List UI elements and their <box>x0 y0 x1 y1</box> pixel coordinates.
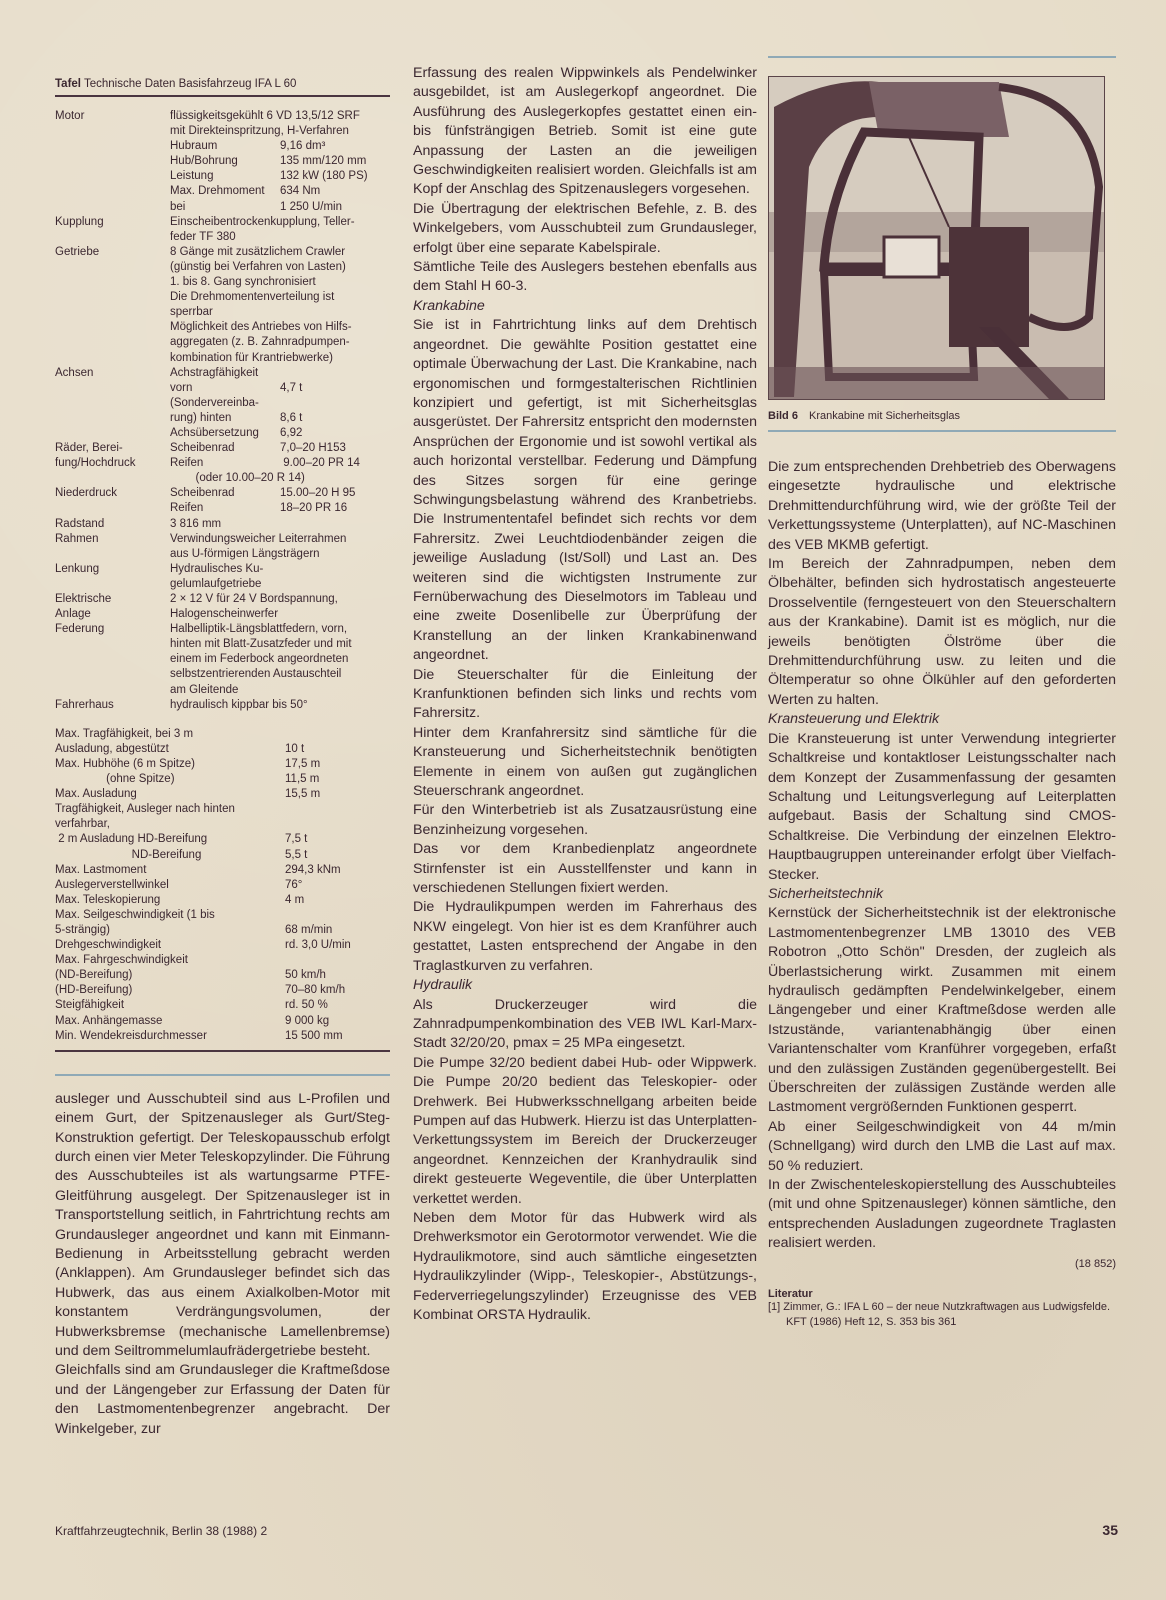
spec-sub-key: Scheibenrad <box>170 486 280 501</box>
spec-line: kombination für Krantriebwerke) <box>170 351 390 366</box>
performance-label: (ohne Spitze) <box>55 772 285 787</box>
performance-value: 70–80 km/h <box>285 983 390 998</box>
performance-value: 294,3 kNm <box>285 863 390 878</box>
spec-value: Halbelliptik-Längsblattfedern, vorn,hint… <box>170 622 390 697</box>
spec-sub-value: 1 250 U/min <box>280 200 390 215</box>
middle-column: Erfassung des realen Wippwinkels als Pen… <box>413 64 757 1325</box>
performance-row: Max. Tragfähigkeit, bei 3 m <box>55 727 390 742</box>
performance-row: Max. Teleskopierung4 m <box>55 893 390 908</box>
spec-label: Niederdruck <box>55 486 170 516</box>
figure-photo-crane-cabin <box>768 76 1105 400</box>
spec-value: Scheibenrad7,0–20 H153Reifen 9.00–20 PR … <box>170 441 390 486</box>
spec-line: Hydraulisches Ku- <box>170 562 390 577</box>
spec-subrow: Achsübersetzung6,92 <box>170 426 390 441</box>
paragraph: Für den Winterbetrieb ist als Zusatzausr… <box>413 801 757 840</box>
figure-label: Bild 6 <box>768 410 798 422</box>
paragraph: Die zum entsprechenden Drehbetrieb des O… <box>768 458 1116 555</box>
performance-label: verfahrbar, <box>55 817 285 832</box>
performance-row: verfahrbar, <box>55 817 390 832</box>
divider <box>768 56 1116 58</box>
spec-subrow: bei1 250 U/min <box>170 200 390 215</box>
performance-label: 2 m Ausladung HD-Bereifung <box>55 832 285 847</box>
literature-item: [1] Zimmer, G.: IFA L 60 – der neue Nutz… <box>768 1300 1116 1330</box>
spec-sub-key: Achsübersetzung <box>170 426 280 441</box>
performance-value: 15 500 mm <box>285 1029 390 1044</box>
spec-sub-key: Leistung <box>170 169 280 184</box>
paragraph: Sie ist in Fahrtrichtung links auf dem D… <box>413 316 757 665</box>
performance-value: 10 t <box>285 742 390 757</box>
spec-sub-key: rung) hinten <box>170 411 280 426</box>
article-text-col3: Die zum entsprechenden Drehbetrieb des O… <box>768 458 1116 1254</box>
spec-label: Motor <box>55 109 170 215</box>
performance-row: Steigfähigkeitrd. 50 % <box>55 998 390 1013</box>
performance-value <box>285 727 390 742</box>
spec-subrow: Reifen 9.00–20 PR 14 <box>170 456 390 471</box>
paragraph: In der Zwischenteleskopierstellung des A… <box>768 1176 1116 1254</box>
performance-row: Tragfähigkeit, Ausleger nach hinten <box>55 802 390 817</box>
performance-label: Max. Seilgeschwindigkeit (1 bis <box>55 908 285 923</box>
performance-label: Max. Lastmoment <box>55 863 285 878</box>
article-text-col1: ausleger und Ausschubteil sind aus L-Pro… <box>55 1090 390 1439</box>
spec-line: (Sondervereinba- <box>170 396 390 411</box>
section-heading-hydraulik: Hydraulik <box>413 976 757 995</box>
paragraph: Als Druckerzeuger wird die Zahnradpumpen… <box>413 996 757 1054</box>
paragraph: Die Übertragung der elektrischen Befehle… <box>413 200 757 258</box>
spec-sub-key: vorn <box>170 381 280 396</box>
literature-heading: Literatur <box>768 1288 1116 1300</box>
performance-label: Max. Hubhöhe (6 m Spitze) <box>55 757 285 772</box>
paragraph: Die Hydraulikpumpen werden im Fahrerhaus… <box>413 898 757 976</box>
spec-line: mit Direkteinspritzung, H-Verfahren <box>170 124 390 139</box>
spec-line: 2 × 12 V für 24 V Bordspannung, <box>170 592 390 607</box>
spec-line: (günstig bei Verfahren von Lasten) <box>170 260 390 275</box>
performance-label: Max. Tragfähigkeit, bei 3 m <box>55 727 285 742</box>
spec-label: Achsen <box>55 366 170 441</box>
performance-label: Steigfähigkeit <box>55 998 285 1013</box>
spec-line: 1. bis 8. Gang synchronisiert <box>170 275 390 290</box>
spec-sub-key: Max. Drehmoment <box>170 184 280 199</box>
performance-value: 76° <box>285 878 390 893</box>
spec-value: flüssigkeitsgekühlt 6 VD 13,5/12 SRFmit … <box>170 109 390 215</box>
performance-row: ND-Bereifung5,5 t <box>55 848 390 863</box>
spec-line: hydraulisch kippbar bis 50° <box>170 698 390 713</box>
performance-row: Ausladung, abgestützt10 t <box>55 742 390 757</box>
performance-value <box>285 908 390 923</box>
paragraph: Kernstück der Sicherheitstechnik ist der… <box>768 904 1116 1117</box>
spec-line: flüssigkeitsgekühlt 6 VD 13,5/12 SRF <box>170 109 390 124</box>
figure-caption-text: Krankabine mit Sicherheitsglas <box>809 410 960 422</box>
spec-label: Räder, Berei- fung/Hochdruck <box>55 441 170 486</box>
spec-label: Rahmen <box>55 532 170 562</box>
spec-line: gelumlaufgetriebe <box>170 577 390 592</box>
spec-value: Einscheibentrockenkupplung, Teller-feder… <box>170 215 390 245</box>
performance-label: (HD-Bereifung) <box>55 983 285 998</box>
spec-label: Federung <box>55 622 170 697</box>
performance-row: Auslegerverstellwinkel76° <box>55 878 390 893</box>
paragraph: Ab einer Seilgeschwindigkeit von 44 m/mi… <box>768 1118 1116 1176</box>
spec-line: sperrbar <box>170 305 390 320</box>
spec-line: Achstragfähigkeit <box>170 366 390 381</box>
spec-label: Kupplung <box>55 215 170 245</box>
paragraph: Im Bereich der Zahnradpumpen, neben dem … <box>768 555 1116 710</box>
performance-row: Max. Lastmoment294,3 kNm <box>55 863 390 878</box>
spec-subrow: Leistung132 kW (180 PS) <box>170 169 390 184</box>
performance-row: Max. Fahrgeschwindigkeit <box>55 953 390 968</box>
table-title: Tafel Technische Daten Basisfahrzeug IFA… <box>55 78 390 97</box>
spec-sub-value: 9,16 dm³ <box>280 139 390 154</box>
spec-line: aus U-förmigen Längsträgern <box>170 547 390 562</box>
performance-label: Max. Anhängemasse <box>55 1014 285 1029</box>
performance-value: 4 m <box>285 893 390 908</box>
spec-value: Hydraulisches Ku-gelumlaufgetriebe <box>170 562 390 592</box>
spec-value: 2 × 12 V für 24 V Bordspannung,Halogensc… <box>170 592 390 622</box>
spec-subrow: Max. Drehmoment634 Nm <box>170 184 390 199</box>
performance-label: Ausladung, abgestützt <box>55 742 285 757</box>
spec-line: feder TF 380 <box>170 230 390 245</box>
spec-line: Möglichkeit des Antriebes von Hilfs- <box>170 320 390 335</box>
performance-value: rd. 3,0 U/min <box>285 938 390 953</box>
performance-value: 68 m/min <box>285 923 390 938</box>
spec-value: 8 Gänge mit zusätzlichem Crawler(günstig… <box>170 245 390 366</box>
right-column: Bild 6 Krankabine mit Sicherheitsglas Di… <box>768 56 1116 1330</box>
spec-line: Halogenscheinwerfer <box>170 607 390 622</box>
performance-value: 11,5 m <box>285 772 390 787</box>
section-heading-elektrik: Kransteuerung und Elektrik <box>768 710 1116 729</box>
performance-row: (ND-Bereifung)50 km/h <box>55 968 390 983</box>
spec-subrow: Scheibenrad15.00–20 H 95 <box>170 486 390 501</box>
performance-label: Max. Ausladung <box>55 787 285 802</box>
spec-line: Die Drehmomentenverteilung ist <box>170 290 390 305</box>
performance-row: 5-strängig)68 m/min <box>55 923 390 938</box>
performance-row: Max. Hubhöhe (6 m Spitze)17,5 m <box>55 757 390 772</box>
spec-value: Achstragfähigkeitvorn4,7 t(Sondervereinb… <box>170 366 390 441</box>
performance-row: (HD-Bereifung)70–80 km/h <box>55 983 390 998</box>
spec-sub-key: Scheibenrad <box>170 441 280 456</box>
spec-sub-key: Hubraum <box>170 139 280 154</box>
spec-sub-key: Reifen <box>170 456 280 471</box>
paragraph: Die Pumpe 32/20 bedient dabei Hub- oder … <box>413 1054 757 1209</box>
performance-label: Drehgeschwindigkeit <box>55 938 285 953</box>
performance-row: (ohne Spitze)11,5 m <box>55 772 390 787</box>
spec-subrow: Hub/Bohrung135 mm/120 mm <box>170 154 390 169</box>
performance-row: Max. Anhängemasse9 000 kg <box>55 1014 390 1029</box>
spec-sub-value: 4,7 t <box>280 381 390 396</box>
spec-value: 3 816 mm <box>170 517 390 532</box>
spec-sub-value: 9.00–20 PR 14 <box>280 456 390 471</box>
spec-sub-value: 132 kW (180 PS) <box>280 169 390 184</box>
spec-sub-value: 8,6 t <box>280 411 390 426</box>
spec-subrow: rung) hinten8,6 t <box>170 411 390 426</box>
spec-line: Verwindungsweicher Leiterrahmen <box>170 532 390 547</box>
spec-line: aggregaten (z. B. Zahnradpumpen- <box>170 335 390 350</box>
spec-label: Elektrische Anlage <box>55 592 170 622</box>
performance-value: 5,5 t <box>285 848 390 863</box>
performance-row: Max. Seilgeschwindigkeit (1 bis <box>55 908 390 923</box>
journal-footer: Kraftfahrzeugtechnik, Berlin 38 (1988) 2 <box>55 1524 267 1538</box>
spec-line: einem im Federbock angeordneten <box>170 652 390 667</box>
paragraph: Das vor dem Kranbedienplatz angeordnete … <box>413 840 757 898</box>
performance-label: Min. Wendekreisdurchmesser <box>55 1029 285 1044</box>
spec-sub-value: 6,92 <box>280 426 390 441</box>
spec-line: selbstzentrierenden Austauschteil <box>170 667 390 682</box>
cabin-photo-illustration <box>769 77 1104 399</box>
spec-sub-value: 18–20 PR 16 <box>280 501 390 516</box>
performance-label: Auslegerverstellwinkel <box>55 878 285 893</box>
performance-row: Drehgeschwindigkeitrd. 3,0 U/min <box>55 938 390 953</box>
spec-subrow: Hubraum9,16 dm³ <box>170 139 390 154</box>
spec-line: 8 Gänge mit zusätzlichem Crawler <box>170 245 390 260</box>
performance-row: Min. Wendekreisdurchmesser15 500 mm <box>55 1029 390 1044</box>
paragraph: Sämtliche Teile des Auslegers bestehen e… <box>413 258 757 297</box>
performance-value: rd. 50 % <box>285 998 390 1013</box>
spec-label: Lenkung <box>55 562 170 592</box>
performance-label: Max. Teleskopierung <box>55 893 285 908</box>
spec-value: Verwindungsweicher Leiterrahmenaus U-för… <box>170 532 390 562</box>
paragraph: Erfassung des realen Wippwinkels als Pen… <box>413 64 757 200</box>
spec-table: Motorflüssigkeitsgekühlt 6 VD 13,5/12 SR… <box>55 109 390 713</box>
spec-sub-value: 7,0–20 H153 <box>280 441 390 456</box>
performance-label: Tragfähigkeit, Ausleger nach hinten <box>55 802 285 817</box>
performance-table: Max. Tragfähigkeit, bei 3 mAusladung, ab… <box>55 727 390 1044</box>
spec-line: am Gleitende <box>170 683 390 698</box>
spec-value: hydraulisch kippbar bis 50° <box>170 698 390 713</box>
spec-subrow: Reifen18–20 PR 16 <box>170 501 390 516</box>
page-number: 35 <box>1102 1522 1118 1538</box>
performance-label: ND-Bereifung <box>55 848 285 863</box>
spec-label: Fahrerhaus <box>55 698 170 713</box>
performance-value: 50 km/h <box>285 968 390 983</box>
spec-sub-value: 135 mm/120 mm <box>280 154 390 169</box>
paragraph: Neben dem Motor für das Hubwerk wird als… <box>413 1209 757 1325</box>
figure-caption: Bild 6 Krankabine mit Sicherheitsglas <box>768 410 1116 430</box>
spec-line: hinten mit Blatt-Zusatzfeder und mit <box>170 637 390 652</box>
reference-number: (18 852) <box>768 1258 1116 1270</box>
performance-row: 2 m Ausladung HD-Bereifung7,5 t <box>55 832 390 847</box>
spec-subrow: vorn4,7 t <box>170 381 390 396</box>
performance-value: 17,5 m <box>285 757 390 772</box>
spec-sub-key: Reifen <box>170 501 280 516</box>
divider <box>55 1074 390 1076</box>
spec-sub-key: bei <box>170 200 280 215</box>
performance-value <box>285 817 390 832</box>
section-heading-krankabine: Krankabine <box>413 297 757 316</box>
performance-row: Max. Ausladung15,5 m <box>55 787 390 802</box>
paragraph: Gleichfalls sind am Grundausleger die Kr… <box>55 1361 390 1439</box>
spec-line: Einscheibentrockenkupplung, Teller- <box>170 215 390 230</box>
spec-line: Halbelliptik-Längsblattfedern, vorn, <box>170 622 390 637</box>
performance-value: 15,5 m <box>285 787 390 802</box>
paragraph: Hinter dem Kranfahrersitz sind sämtliche… <box>413 724 757 802</box>
performance-label: 5-strängig) <box>55 923 285 938</box>
performance-label: Max. Fahrgeschwindigkeit <box>55 953 285 968</box>
spec-label: Radstand <box>55 517 170 532</box>
performance-value: 7,5 t <box>285 832 390 847</box>
performance-label: (ND-Bereifung) <box>55 968 285 983</box>
spec-line: 3 816 mm <box>170 517 390 532</box>
performance-value <box>285 802 390 817</box>
spec-sub-value: 15.00–20 H 95 <box>280 486 390 501</box>
performance-value <box>285 953 390 968</box>
left-column: Tafel Technische Daten Basisfahrzeug IFA… <box>55 78 390 1439</box>
spec-sub-key: Hub/Bohrung <box>170 154 280 169</box>
spec-label: Getriebe <box>55 245 170 366</box>
table-title-label: Tafel <box>55 78 81 90</box>
table-title-text: Technische Daten Basisfahrzeug IFA L 60 <box>84 78 296 90</box>
spec-subrow: Scheibenrad7,0–20 H153 <box>170 441 390 456</box>
section-heading-sicherheit: Sicherheitstechnik <box>768 885 1116 904</box>
performance-value: 9 000 kg <box>285 1014 390 1029</box>
spec-value: Scheibenrad15.00–20 H 95Reifen18–20 PR 1… <box>170 486 390 516</box>
spec-sub-value: 634 Nm <box>280 184 390 199</box>
spec-line: (oder 10.00–20 R 14) <box>170 471 390 486</box>
paragraph: ausleger und Ausschubteil sind aus L-Pro… <box>55 1090 390 1362</box>
paragraph: Die Steuerschalter für die Einleitung de… <box>413 666 757 724</box>
divider <box>768 430 1116 432</box>
paragraph: Die Kransteuerung ist unter Verwendung i… <box>768 730 1116 885</box>
